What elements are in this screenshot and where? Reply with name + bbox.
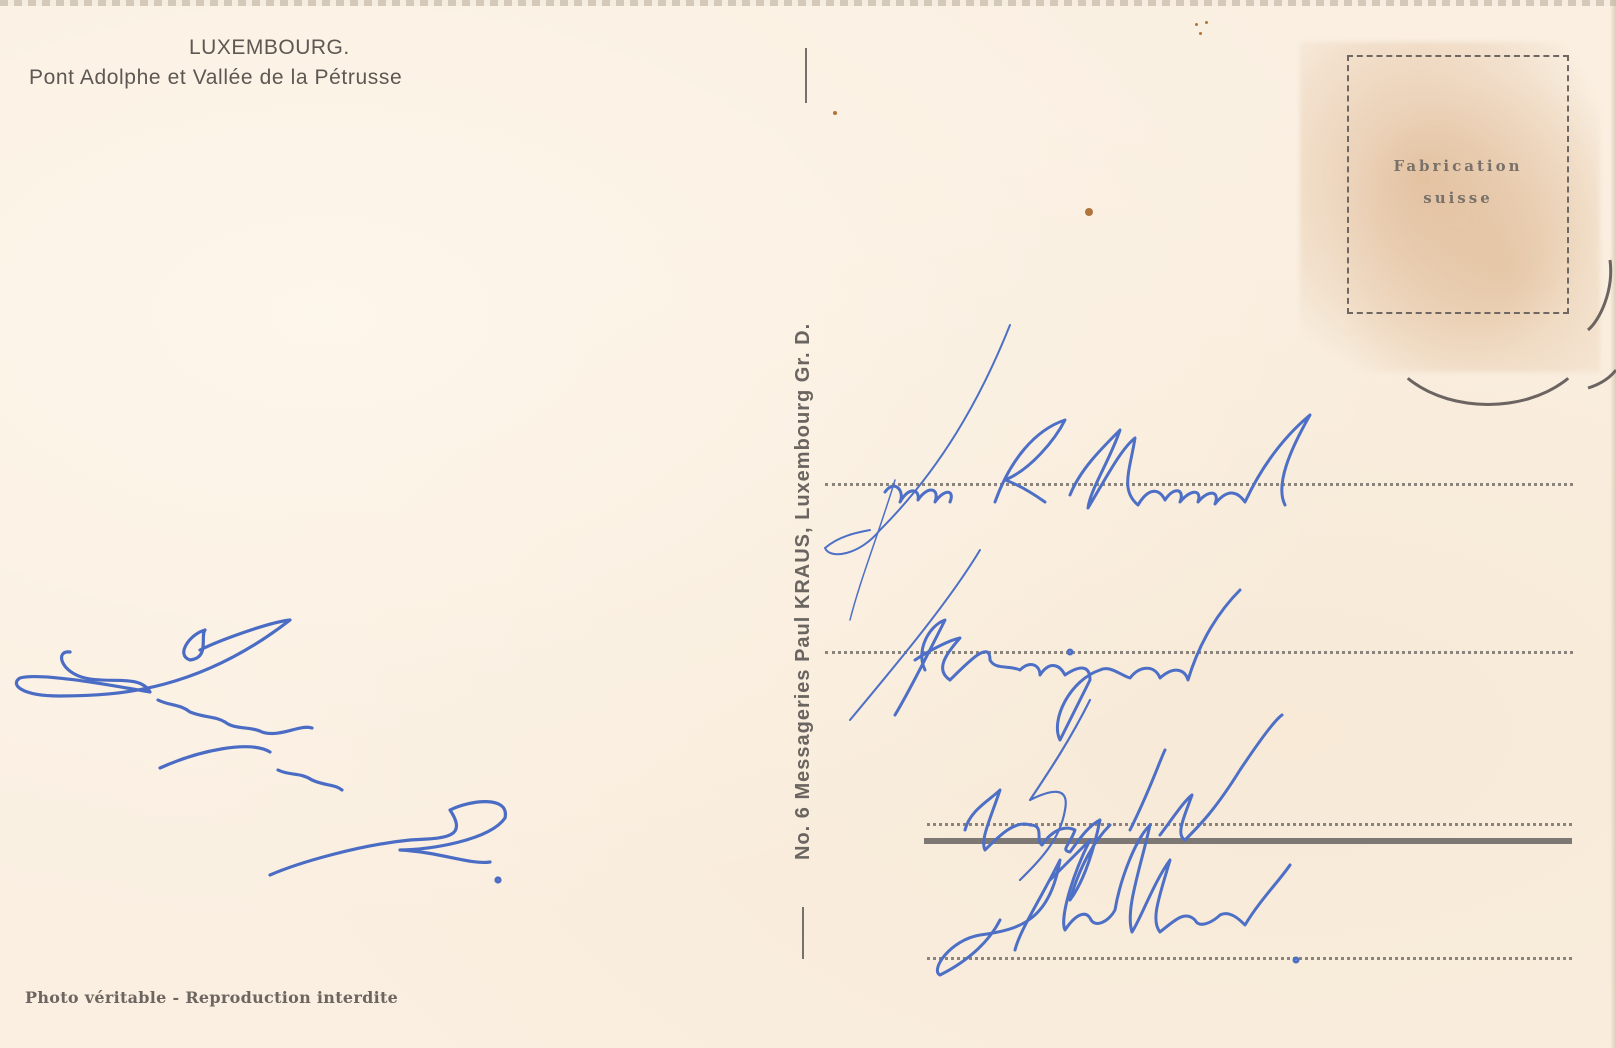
postcard-back: LUXEMBOURG. Pont Adolphe et Vallée de la… <box>0 0 1616 1048</box>
paper-speck <box>833 111 837 115</box>
stamp-box-line1: Fabrication <box>1349 157 1567 175</box>
stamp-box-line2: suisse <box>1349 189 1567 207</box>
center-divider-top <box>805 48 807 103</box>
paper-speck <box>1199 32 1202 35</box>
photo-credit-footer: Photo véritable - Reproduction interdite <box>25 988 398 1007</box>
paper-speck <box>1205 21 1208 24</box>
deckled-top-edge <box>0 0 1616 6</box>
paper-speck <box>1085 208 1093 216</box>
handwritten-signature <box>0 600 560 920</box>
handwritten-address <box>820 320 1616 980</box>
paper-speck <box>1195 23 1198 26</box>
center-divider-bottom <box>802 907 804 959</box>
publisher-imprint: No. 6 Messageries Paul KRAUS, Luxembourg… <box>792 323 815 860</box>
postcard-title: LUXEMBOURG. <box>189 36 350 60</box>
postcard-subtitle: Pont Adolphe et Vallée de la Pétrusse <box>29 66 402 90</box>
